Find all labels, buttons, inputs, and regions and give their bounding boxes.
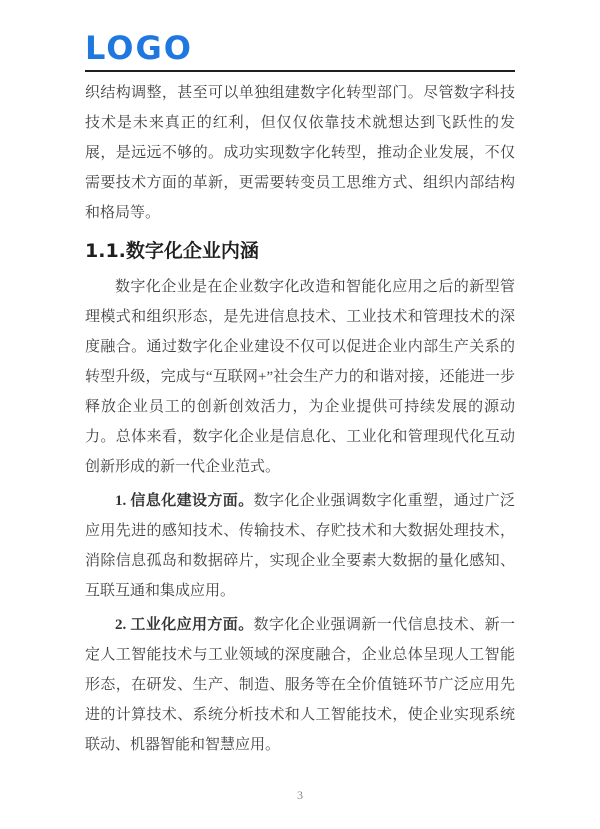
paragraph: 1. 信息化建设方面。数字化企业强调数字化重塑，通过广泛应用先进的感知技术、传输… [85,486,515,606]
paragraph: 2. 工业化应用方面。数字化企业强调新一代信息技术、新一定人工智能技术与工业领域… [85,610,515,760]
page-number: 3 [0,788,600,803]
paragraph: 数字化企业是在企业数字化改造和智能化应用之后的新型管理模式和组织形态，是先进信息… [85,272,515,482]
document-body: 织结构调整，甚至可以单独组建数字化转型部门。尽管数字科技技术是未来真正的红利，但… [85,78,515,760]
logo: LOGO [85,30,193,66]
section-heading: 1.1.数字化企业内涵 [85,237,515,265]
document-page: LOGO 织结构调整，甚至可以单独组建数字化转型部门。尽管数字科技技术是未来真正… [0,0,600,829]
paragraph-lead: 1. 信息化建设方面。 [115,493,254,509]
paragraph-text: 数字化企业强调新一代信息技术、新一定人工智能技术与工业领域的深度融合，企业总体呈… [85,617,515,753]
paragraph-lead: 2. 工业化应用方面。 [115,617,254,633]
intro-paragraph: 织结构调整，甚至可以单独组建数字化转型部门。尽管数字科技技术是未来真正的红利，但… [85,78,515,228]
header-divider [85,70,515,72]
paragraph-text: 数字化企业是在企业数字化改造和智能化应用之后的新型管理模式和组织形态，是先进信息… [85,279,515,475]
document-header: LOGO [85,0,515,72]
